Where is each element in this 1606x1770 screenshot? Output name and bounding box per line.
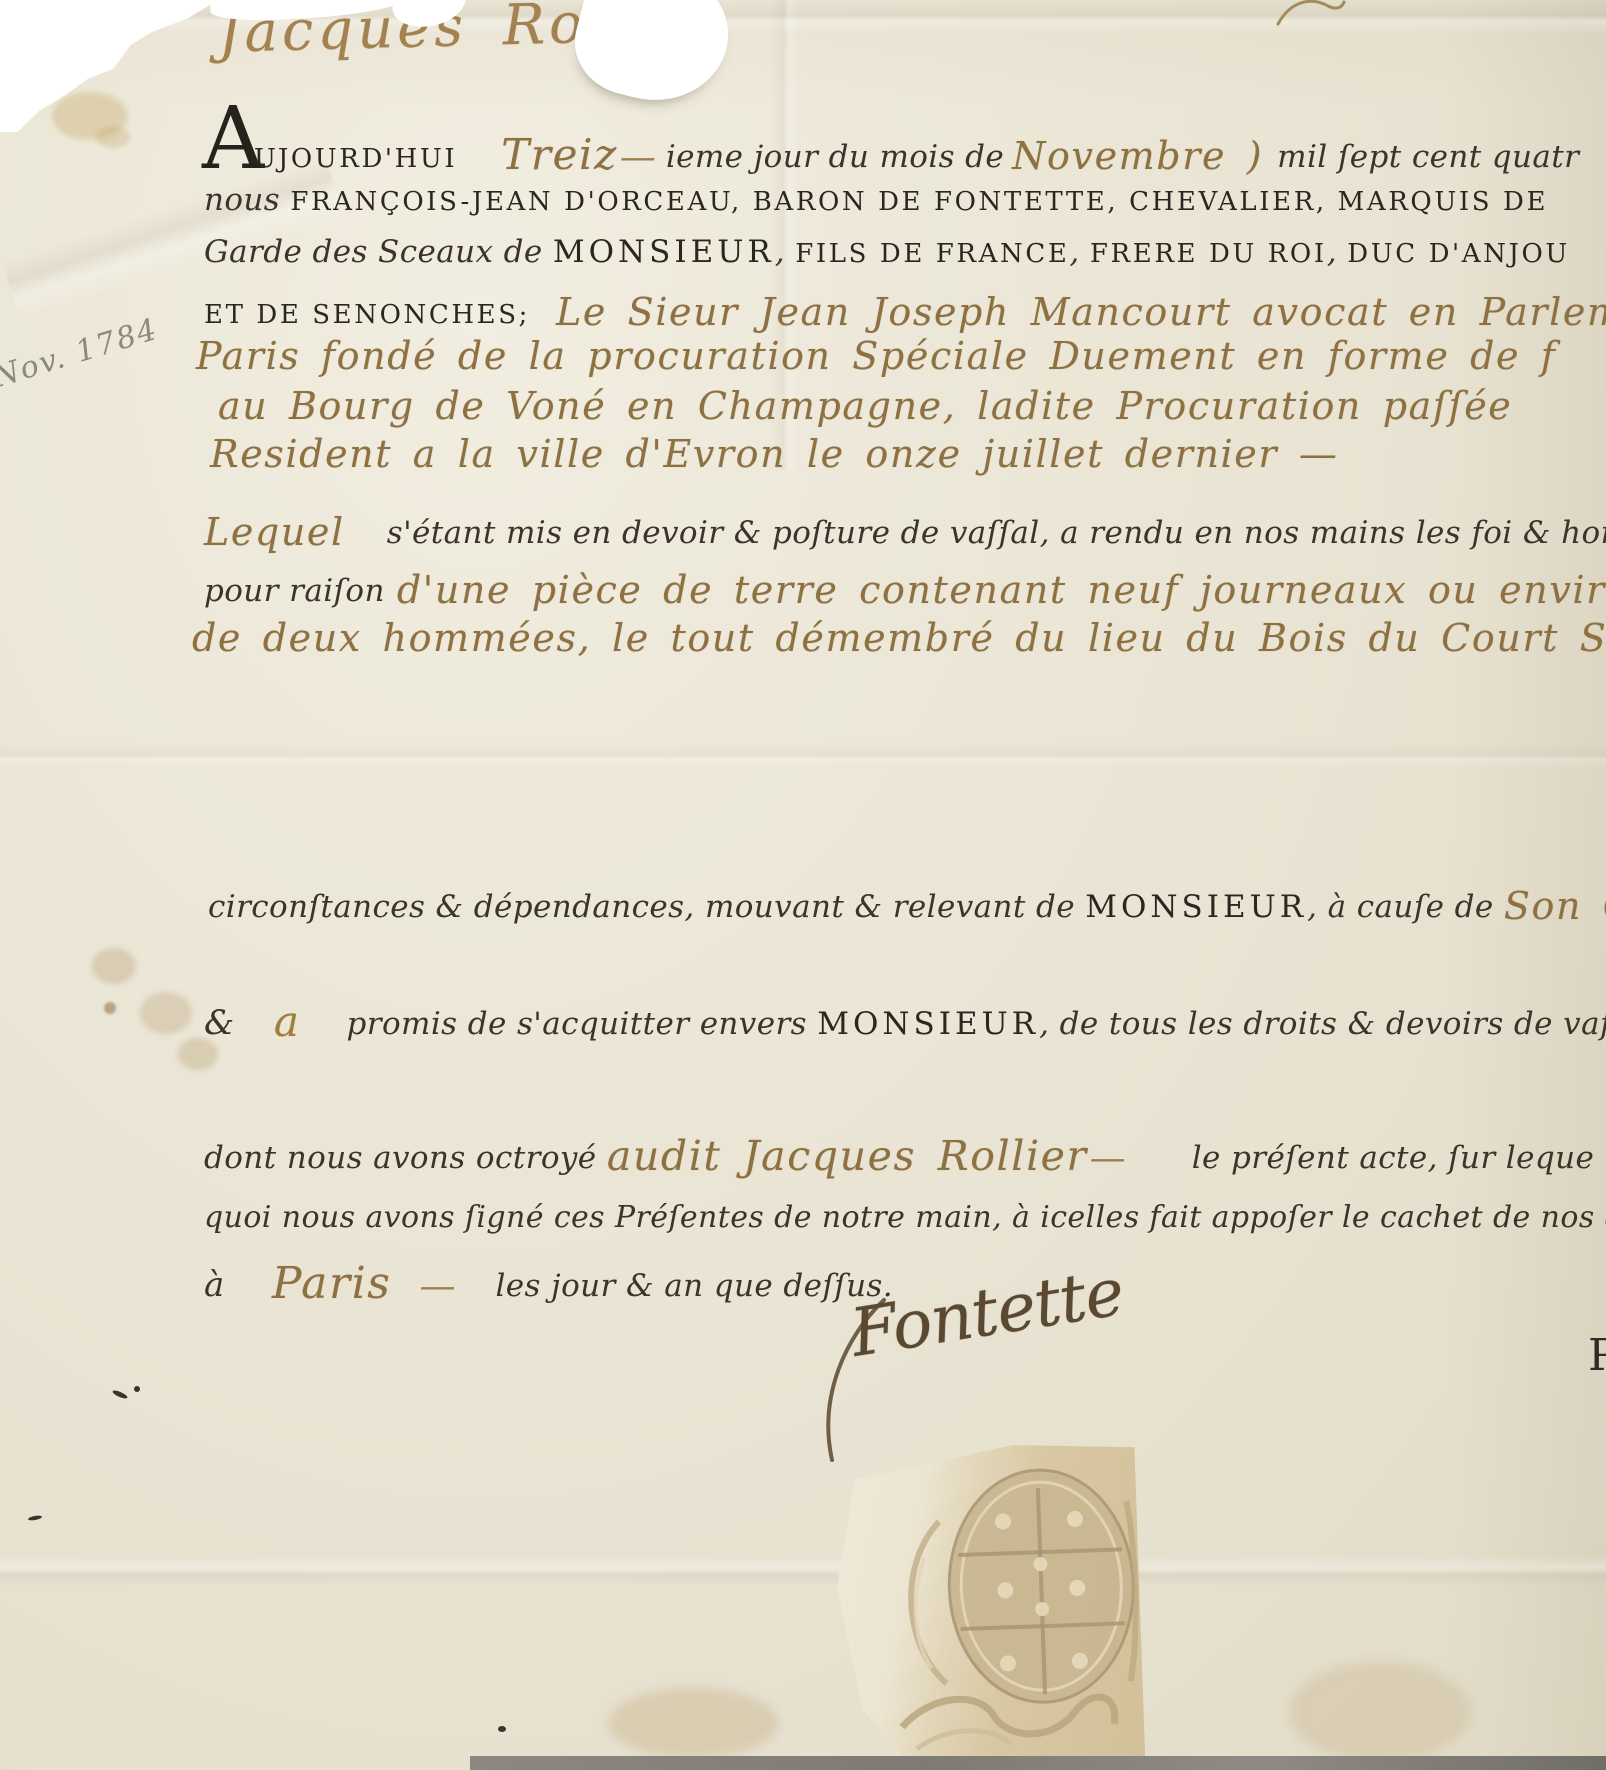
printed-italic: dont nous avons octroyé (204, 1140, 607, 1176)
pen-flourish (1276, 0, 1346, 26)
embossed-seal (832, 1441, 1145, 1770)
printed-italic: , à cauſe de (1307, 889, 1504, 925)
act-line: nous FRANÇOIS-JEAN D'ORCEAU, BARON DE FO… (204, 182, 1548, 218)
hw-flourish: — (620, 137, 656, 178)
act-line: Paris fondé de la procuration Spéciale D… (196, 332, 1556, 376)
signature-flourish (806, 1292, 916, 1467)
act-line: & apromis de s'acquitter envers MONSIEUR… (204, 995, 1606, 1044)
hw-text: au Bourg de Voné en Champagne, ladite Pr… (218, 384, 1512, 428)
scanned-parchment-document: Nov. 1784 Jacques Rollier. A UJOURD'HUIT… (0, 0, 1606, 1770)
cut-off-printed-letter: P (1588, 1330, 1606, 1381)
printed-caps: ET DE SENONCHES; (204, 300, 530, 330)
hw-place: Paris (272, 1258, 392, 1309)
hw-text: a (274, 997, 301, 1046)
hw-text: Le Sieur Jean Joseph Mancourt avocat en … (556, 290, 1606, 334)
act-line: quoi nous avons ſigné ces Préſentes de n… (204, 1200, 1606, 1235)
printed-italic: promis de s'acquitter envers (347, 1006, 818, 1042)
hw-month: Novembre ) (1012, 134, 1263, 178)
printed-caps: MONSIEUR (1085, 889, 1307, 925)
printed-italic: , (775, 234, 796, 270)
scan-edge-strip (470, 1756, 1606, 1770)
printed-italic: Garde des Sceaux de (204, 234, 553, 270)
act-line: pour raiſond'une pièce de terre contenan… (204, 566, 1606, 610)
act-line: Lequels'étant mis en devoir & poſture de… (204, 508, 1606, 552)
ink-speck (498, 1726, 506, 1732)
act-line: ET DE SENONCHES;Le Sieur Jean Joseph Man… (204, 288, 1606, 332)
printed-italic: à (204, 1265, 236, 1305)
printed-italic: s'étant mis en devoir & poſture de vaſſa… (387, 515, 1606, 551)
printed-caps: FRANÇOIS-JEAN D'ORCEAU, BARON DE FONTETT… (290, 187, 1548, 217)
printed-caps: DUC D'ANJOU (1347, 239, 1570, 269)
printed-italic: mil ſept cent quatr (1277, 139, 1579, 175)
printed-italic: ieme jour du mois de (666, 139, 1004, 175)
hw-text: Son Cha (1504, 884, 1606, 928)
act-line: Resident a la ville d'Evron le onze juil… (210, 430, 1338, 474)
act-line: à Paris—les jour & an que deſſus. (204, 1256, 893, 1307)
coat-of-arms-emboss (832, 1441, 1145, 1770)
printed-caps: FILS DE FRANCE (795, 239, 1069, 269)
hw-text: Resident a la ville d'Evron le onze juil… (210, 432, 1338, 476)
printed-caps: MONSIEUR (553, 234, 775, 270)
printed-italic: quoi nous avons ſigné ces Préſentes de n… (204, 1200, 1606, 1235)
printed-caps: FRERE DU ROI (1090, 239, 1327, 269)
hw-text: Paris fondé de la procuration Spéciale D… (196, 334, 1556, 378)
printed-italic: , (1327, 234, 1348, 270)
hw-text: Lequel (204, 510, 345, 554)
hw-flourish: — (419, 1266, 455, 1307)
printed-italic: , de tous les droits & devoirs de vaſſal… (1039, 1006, 1606, 1042)
printed-caps: MONSIEUR (817, 1006, 1039, 1042)
act-line: de deux hommées, le tout démembré du lie… (192, 614, 1606, 658)
act-line: UJOURD'HUITreiz—ieme jour du mois deNove… (254, 128, 1579, 177)
hw-day: Treiz (501, 130, 618, 179)
hw-flourish: — (1090, 1138, 1126, 1179)
printed-italic: circonſtances & dépendances, mouvant & r… (208, 889, 1085, 925)
printed-italic: pour raiſon (204, 573, 385, 609)
act-line: dont nous avons octroyé audit Jacques Ro… (204, 1130, 1594, 1178)
printed-italic: , (1069, 234, 1090, 270)
act-line: au Bourg de Voné en Champagne, ladite Pr… (218, 382, 1512, 426)
act-line: Garde des Sceaux de MONSIEUR, FILS DE FR… (204, 234, 1570, 270)
act-line: circonſtances & dépendances, mouvant & r… (208, 882, 1606, 926)
printed-italic: le préſent acte, ſur leque (1192, 1140, 1595, 1176)
hw-text: audit Jacques Rollier (607, 1132, 1088, 1180)
printed-caps: UJOURD'HUI (254, 144, 457, 174)
hw-text: d'une pièce de terre contenant neuf jour… (397, 568, 1606, 612)
printed-italic: & (204, 1003, 246, 1043)
printed-italic: nous (204, 182, 290, 218)
ink-speck (134, 1386, 140, 1392)
hw-text: de deux hommées, le tout démembré du lie… (192, 616, 1606, 660)
